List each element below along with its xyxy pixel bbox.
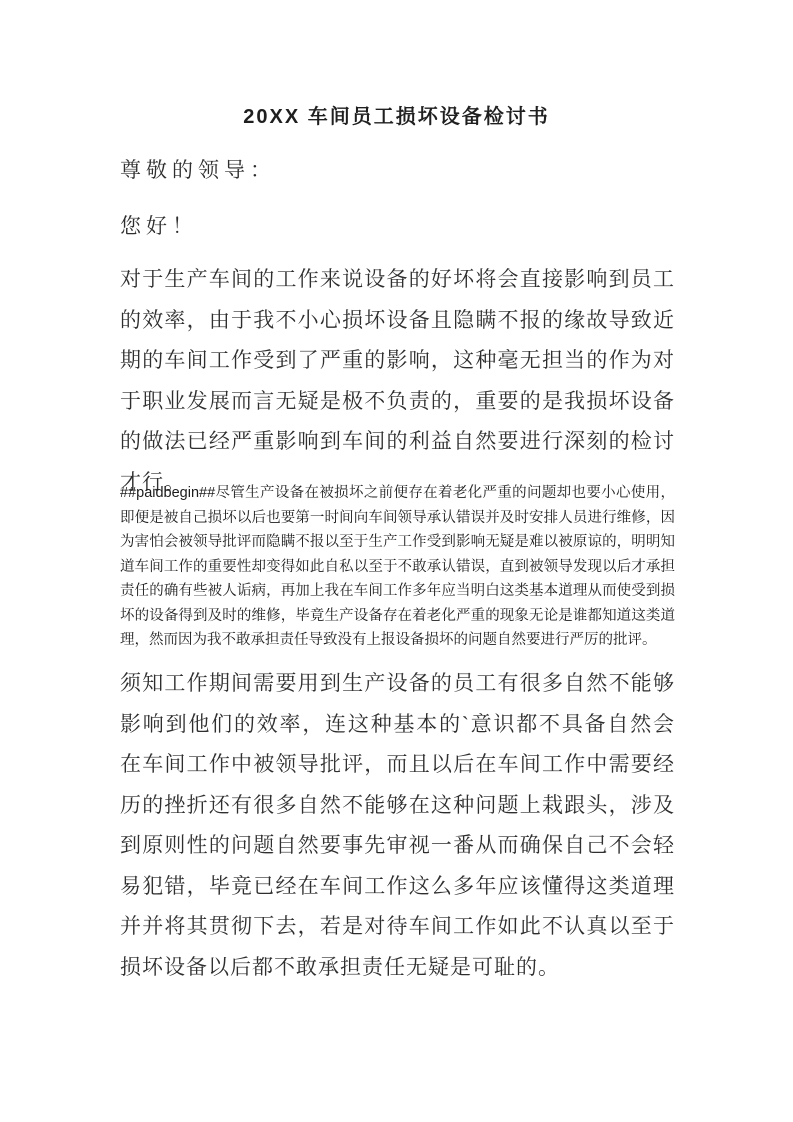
- greeting-line: 您好！: [120, 211, 675, 241]
- paragraph-body-2: 须知工作期间需要用到生产设备的员工有很多自然不能够影响到他们的效率，连这种基本的…: [120, 663, 675, 987]
- paragraph-paidbegin-small: ##paidbegin##尽管生产设备在被损坏之前便存在着老化严重的问题却也要小…: [120, 481, 675, 653]
- paragraph-body-1: 对于生产车间的工作来说设备的好坏将会直接影响到员工的效率，由于我不小心损坏设备且…: [120, 259, 675, 502]
- salutation-line: 尊敬的领导：: [120, 155, 675, 185]
- document-title: 20XX 车间员工损坏设备检讨书: [0, 102, 793, 132]
- document-page: 20XX 车间员工损坏设备检讨书 尊敬的领导： 您好！ 对于生产车间的工作来说设…: [0, 0, 793, 1122]
